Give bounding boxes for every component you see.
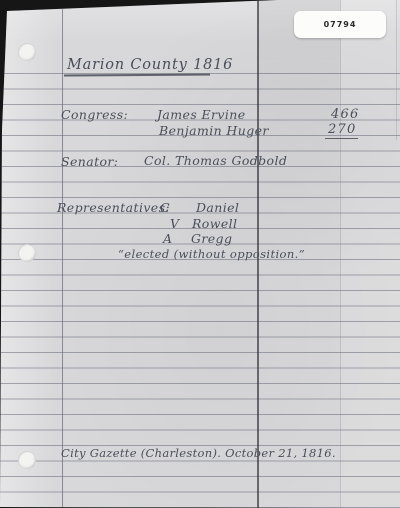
representative-initial: C bbox=[160, 200, 170, 215]
representative-surname: Daniel bbox=[196, 200, 239, 215]
paper-crease-line bbox=[340, 0, 341, 508]
left-margin-line bbox=[62, 0, 63, 508]
votes-underline bbox=[325, 138, 358, 140]
congress-candidate-name: Benjamin Huger bbox=[159, 123, 269, 138]
congress-heading: Congress: bbox=[61, 107, 128, 122]
representatives-note: “elected (without opposition.” bbox=[118, 247, 305, 262]
source-citation: City Gazette (Charleston). October 21, 1… bbox=[61, 446, 336, 461]
representative-surname: Gregg bbox=[191, 231, 232, 246]
representatives-heading: Representatives: bbox=[57, 200, 170, 215]
page-edge-line bbox=[396, 0, 397, 140]
title-underline bbox=[64, 73, 210, 76]
congress-candidate-votes: 466 bbox=[331, 107, 359, 122]
punch-hole-bottom bbox=[18, 451, 36, 469]
representative-initial: A bbox=[163, 231, 172, 246]
catalog-sticker: 07794 bbox=[294, 11, 386, 38]
congress-candidate-votes: 270 bbox=[328, 122, 356, 137]
notebook-page-scan: 07794 Marion County 1816 Congress: James… bbox=[0, 0, 400, 508]
senator-name: Col. Thomas Godbold bbox=[144, 153, 287, 168]
punch-hole-middle bbox=[18, 244, 36, 262]
congress-candidate-name: James Ervine bbox=[157, 107, 246, 122]
sticker-number: 07794 bbox=[324, 20, 357, 29]
senator-heading: Senator: bbox=[61, 154, 118, 169]
punch-hole-top bbox=[18, 43, 36, 61]
representative-initial: V bbox=[170, 216, 179, 231]
page-title: Marion County 1816 bbox=[67, 58, 233, 73]
representative-surname: Rowell bbox=[192, 216, 237, 231]
